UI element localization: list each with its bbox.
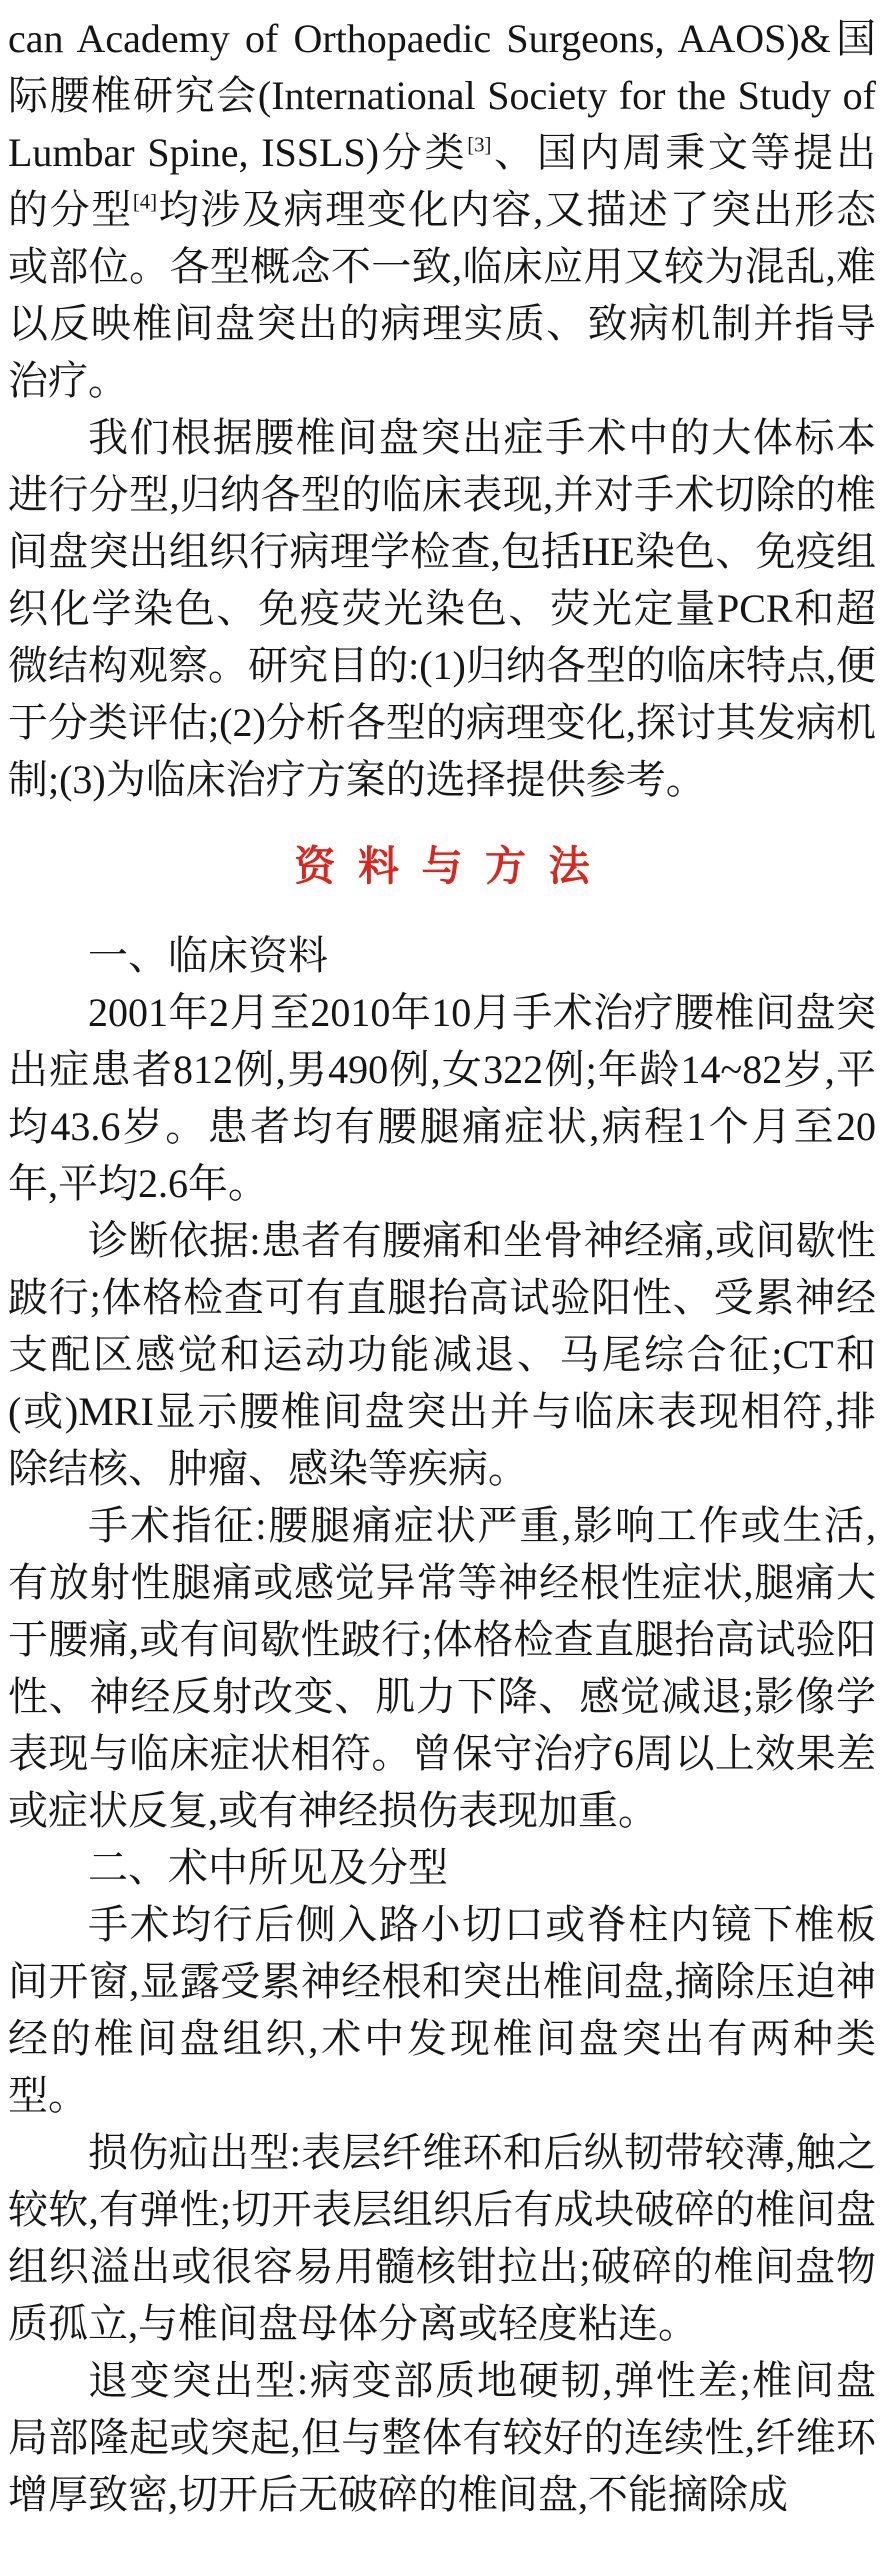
section-heading-materials-methods: 资料与方法 <box>8 838 876 895</box>
paragraph-study-aim: 我们根据腰椎间盘突出症手术中的大体标本进行分型,归纳各型的临床表现,并对手术切除… <box>8 409 876 808</box>
paragraph-surgical-indications: 手术指征:腰腿痛症状严重,影响工作或生活,有放射性腿痛或感觉异常等神经根性症状,… <box>8 1497 876 1839</box>
paragraph-diagnostic-criteria: 诊断依据:患者有腰痛和坐骨神经痛,或间歇性跛行;体格检查可有直腿抬高试验阳性、受… <box>8 1212 876 1497</box>
subheading-intraoperative-findings: 二、术中所见及分型 <box>8 1839 876 1896</box>
citation-ref-3: [3] <box>467 134 491 157</box>
paragraph-degenerative-protrusion-type: 退变突出型:病变部质地硬韧,弹性差;椎间盘局部隆起或突起,但与整体有较好的连续性… <box>8 2352 876 2523</box>
paragraph-injury-herniation-type: 损伤疝出型:表层纤维环和后纵韧带较薄,触之较软,有弹性;切开表层组织后有成块破碎… <box>8 2124 876 2352</box>
article-page: can Academy of Orthopaedic Surgeons, AAO… <box>0 0 884 2560</box>
citation-ref-4: [4] <box>133 191 157 214</box>
text-run: 均涉及病理变化内容,又描述了突出形态或部位。各型概念不一致,临床应用又较为混乱,… <box>8 187 876 403</box>
paragraph-surgical-procedure: 手术均行后侧入路小切口或脊柱内镜下椎板间开窗,显露受累神经根和突出椎间盘,摘除压… <box>8 1896 876 2124</box>
subheading-clinical-data: 一、临床资料 <box>8 927 876 984</box>
paragraph-patient-cohort: 2001年2月至2010年10月手术治疗腰椎间盘突出症患者812例,男490例,… <box>8 984 876 1212</box>
paragraph-classification-overview: can Academy of Orthopaedic Surgeons, AAO… <box>8 10 876 409</box>
